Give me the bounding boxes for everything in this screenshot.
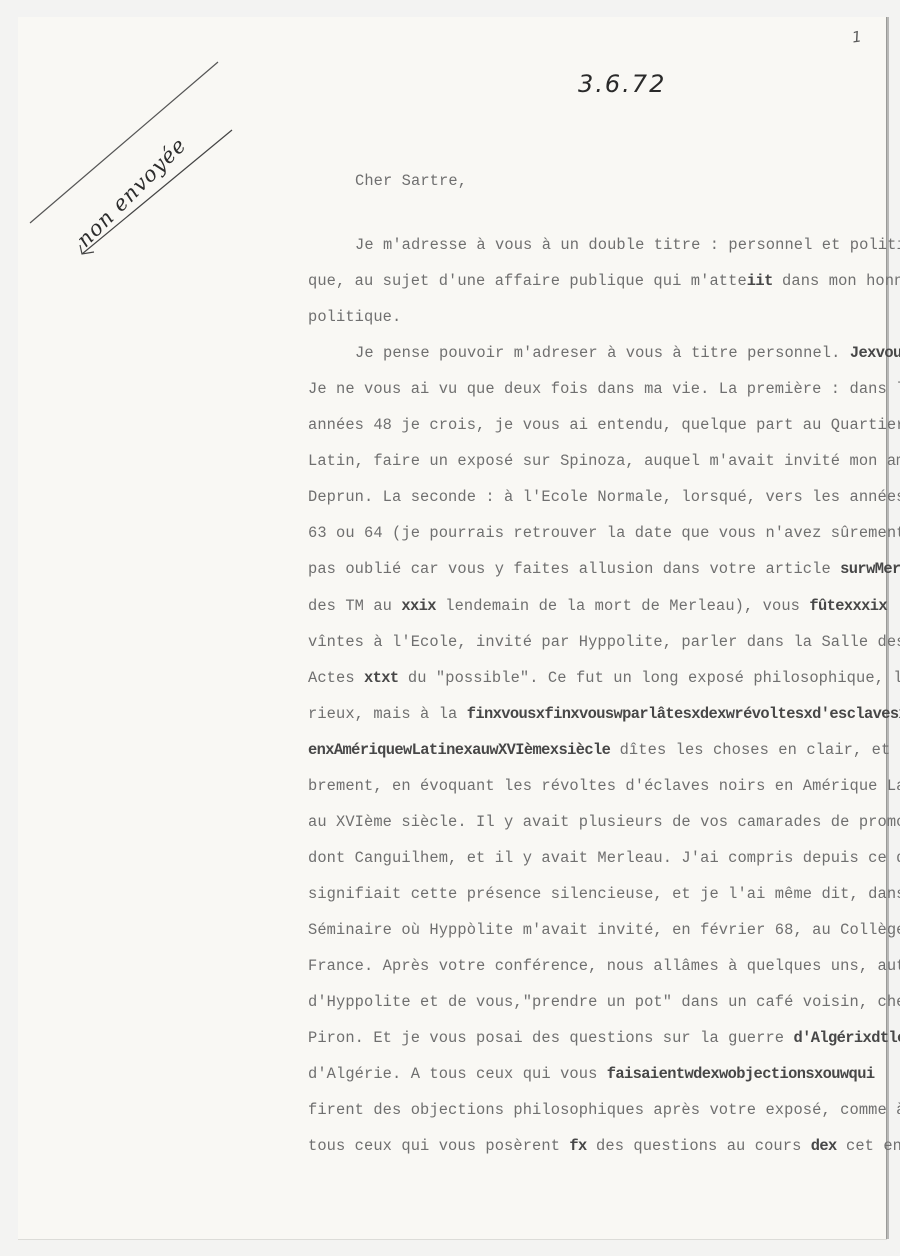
text-line: pas oublié car vous y faites allusion da… xyxy=(308,560,900,578)
line-text: d'Hyppolite et de vous,"prendre un pot" … xyxy=(308,993,900,1011)
line-text: que, au sujet d'une affaire publique qui… xyxy=(308,272,747,290)
line-text: Séminaire où Hyppòlite m'avait invité, e… xyxy=(308,921,900,939)
text-line: Je ne vous ai vu que deux fois dans ma v… xyxy=(308,380,900,398)
text-line: vîntes à l'Ecole, invité par Hyppolite, … xyxy=(308,633,900,651)
text-line: firent des objections philosophiques apr… xyxy=(308,1101,900,1119)
line-text: signifiait cette présence silencieuse, e… xyxy=(308,885,900,903)
text-line: brement, en évoquant les révoltes d'écla… xyxy=(308,777,900,795)
line-text: France. Après votre conférence, nous all… xyxy=(308,957,900,975)
text-line: Deprun. La seconde : à l'Ecole Normale, … xyxy=(308,488,900,506)
text-line: que, au sujet d'une affaire publique qui… xyxy=(308,272,900,290)
text-line: dont Canguilhem, et il y avait Merleau. … xyxy=(308,849,900,867)
line-text: cet entre- xyxy=(837,1137,900,1155)
line-text: dans mon honneur xyxy=(773,272,900,290)
line-text: années 48 je crois, je vous ai entendu, … xyxy=(308,416,900,434)
text-line: des TM au xxix lendemain de la mort de M… xyxy=(308,597,887,615)
letter-date: 3.6.72 xyxy=(578,70,666,98)
struck-out-text: faisaientwdexwobjectionsxouwqui xyxy=(607,1065,875,1083)
struck-out-text: xtxt xyxy=(364,669,399,687)
line-text: Je ne vous ai vu que deux fois dans ma v… xyxy=(308,380,900,398)
text-line: France. Après votre conférence, nous all… xyxy=(308,957,900,975)
line-text: d'Algérie. A tous ceux qui vous xyxy=(308,1065,607,1083)
line-text: tous ceux qui vous posèrent xyxy=(308,1137,569,1155)
line-text: des questions au cours xyxy=(587,1137,811,1155)
line-text: Actes xyxy=(308,669,364,687)
line-text: Piron. Et je vous posai des questions su… xyxy=(308,1029,793,1047)
text-line: tous ceux qui vous posèrent fx des quest… xyxy=(308,1137,900,1155)
struck-out-text: iit xyxy=(747,272,773,290)
line-text: dont Canguilhem, et il y avait Merleau. … xyxy=(308,849,900,867)
line-text: politique. xyxy=(308,308,401,326)
struck-out-text: fûtexxxix xyxy=(809,597,887,615)
line-text: brement, en évoquant les révoltes d'écla… xyxy=(308,777,900,795)
text-line: Piron. Et je vous posai des questions su… xyxy=(308,1029,900,1047)
text-line: enxAmériquewLatinexauwXVIèmexsiècle dîte… xyxy=(308,741,900,759)
line-text: Latin, faire un exposé sur Spinoza, auqu… xyxy=(308,452,900,470)
line-text: lendemain de la mort de Merleau), vous xyxy=(436,597,809,615)
text-line: Latin, faire un exposé sur Spinoza, auqu… xyxy=(308,452,900,470)
text-line: au XVIème siècle. Il y avait plusieurs d… xyxy=(308,813,900,831)
struck-out-text: xxix xyxy=(401,597,436,615)
line-text: 63 ou 64 (je pourrais retrouver la date … xyxy=(308,524,900,542)
text-line: années 48 je crois, je vous ai entendu, … xyxy=(308,416,900,434)
struck-out-text: d'Algérixdtlée xyxy=(793,1029,900,1047)
text-line: 63 ou 64 (je pourrais retrouver la date … xyxy=(308,524,900,542)
text-line: signifiait cette présence silencieuse, e… xyxy=(308,885,900,903)
struck-out-text: surwMerleau xyxy=(840,560,900,578)
line-text: rieux, mais à la xyxy=(308,705,467,723)
text-line: d'Hyppolite et de vous,"prendre un pot" … xyxy=(308,993,900,1011)
text-line: d'Algérie. A tous ceux qui vous faisaien… xyxy=(308,1065,874,1083)
line-text: pas oublié car vous y faites allusion da… xyxy=(308,560,840,578)
text-line: Séminaire où Hyppòlite m'avait invité, e… xyxy=(308,921,900,939)
struck-out-text: Jexvous xyxy=(850,344,900,362)
text-line: Je pense pouvoir m'adreser à vous à titr… xyxy=(355,344,900,362)
text-line: Actes xtxt du "possible". Ce fut un long… xyxy=(308,669,900,687)
line-text: firent des objections philosophiques apr… xyxy=(308,1101,900,1119)
salutation: Cher Sartre, xyxy=(355,172,467,190)
line-text: des TM au xyxy=(308,597,401,615)
line-text: vîntes à l'Ecole, invité par Hyppolite, … xyxy=(308,633,900,651)
text-line: politique. xyxy=(308,308,401,326)
struck-out-text: dex xyxy=(811,1137,837,1155)
text-line: Je m'adresse à vous à un double titre : … xyxy=(355,236,900,254)
text-line: rieux, mais à la finxvousxfinxvouswparlâ… xyxy=(308,705,900,723)
struck-out-text: finxvousxfinxvouswparlâtesxdexwrévoltesx… xyxy=(467,705,900,723)
line-text: Deprun. La seconde : à l'Ecole Normale, … xyxy=(308,488,900,506)
line-text: du "possible". Ce fut un long exposé phi… xyxy=(399,669,900,687)
struck-out-text: fx xyxy=(569,1137,586,1155)
line-text: dîtes les choses en clair, et li- xyxy=(610,741,900,759)
letter-page xyxy=(18,17,887,1239)
line-text: au XVIème siècle. Il y avait plusieurs d… xyxy=(308,813,900,831)
line-text: Je m'adresse à vous à un double titre : … xyxy=(355,236,900,254)
line-text: Je pense pouvoir m'adreser à vous à titr… xyxy=(355,344,850,362)
struck-out-text: enxAmériquewLatinexauwXVIèmexsiècle xyxy=(308,741,610,759)
